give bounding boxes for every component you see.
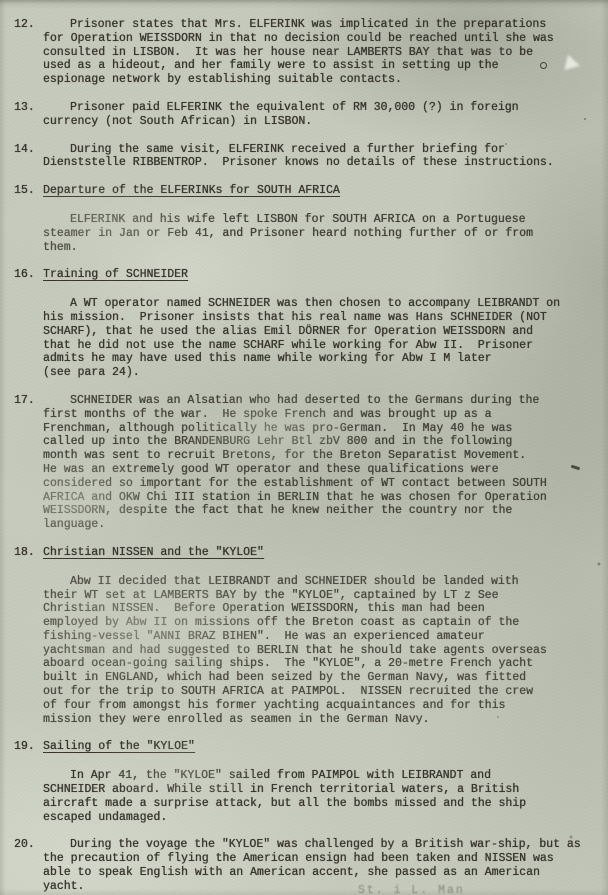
report-item: 16. Training of SCHNEIDER A WT operator … (0, 268, 598, 380)
report-item: 20. During the voyage the "KYLOE" was ch… (0, 838, 598, 893)
cropped-text-fragment: St. i L. Man (358, 884, 465, 895)
report-item: 18. Christian NISSEN and the "KYLOE" Abw… (0, 546, 598, 727)
report-item: 12. Prisoner states that Mrs. ELFERINK w… (0, 18, 598, 87)
report-item: 13. Prisoner paid ELFERINK the equivalen… (0, 101, 598, 129)
item-number: 12. (0, 18, 43, 87)
item-number: 17. (0, 394, 43, 532)
item-paragraph: During the same visit, ELFERINK received… (43, 143, 598, 171)
item-heading: Departure of the ELFERINKs for SOUTH AFR… (43, 184, 598, 198)
item-heading: Training of SCHNEIDER (43, 268, 598, 282)
item-number: 18. (0, 546, 43, 727)
item-paragraph: A WT operator named SCHNEIDER was then c… (43, 297, 598, 380)
item-paragraph: SCHNEIDER was an Alsatian who had desert… (43, 394, 598, 532)
item-paragraph: During the voyage the "KYLOE" was challe… (43, 838, 598, 893)
report-item: 15. Departure of the ELFERINKs for SOUTH… (0, 184, 598, 254)
report-list: 12. Prisoner states that Mrs. ELFERINK w… (0, 0, 608, 895)
item-paragraph: In Apr 41, the "KYLOE" sailed from PAIMP… (43, 769, 598, 824)
item-paragraph: Prisoner paid ELFERINK the equivalent of… (43, 101, 598, 129)
item-heading: Sailing of the "KYLOE" (43, 740, 598, 754)
item-number: 19. (0, 740, 43, 824)
item-number: 14. (0, 143, 43, 171)
report-item: 17. SCHNEIDER was an Alsatian who had de… (0, 394, 598, 532)
report-item: 19. Sailing of the "KYLOE" In Apr 41, th… (0, 740, 598, 824)
report-item: 14. During the same visit, ELFERINK rece… (0, 143, 598, 171)
item-heading: Christian NISSEN and the "KYLOE" (43, 546, 598, 560)
item-paragraph: Prisoner states that Mrs. ELFERINK was i… (43, 18, 598, 87)
item-number: 15. (0, 184, 43, 254)
item-number: 13. (0, 101, 43, 129)
item-number: 16. (0, 268, 43, 380)
item-paragraph: Abw II decided that LEIBRANDT and SCHNEI… (43, 575, 598, 727)
item-paragraph: ELFERINK and his wife left LISBON for SO… (43, 213, 598, 254)
item-number: 20. (0, 838, 43, 893)
scanned-report-page: 12. Prisoner states that Mrs. ELFERINK w… (0, 0, 608, 895)
